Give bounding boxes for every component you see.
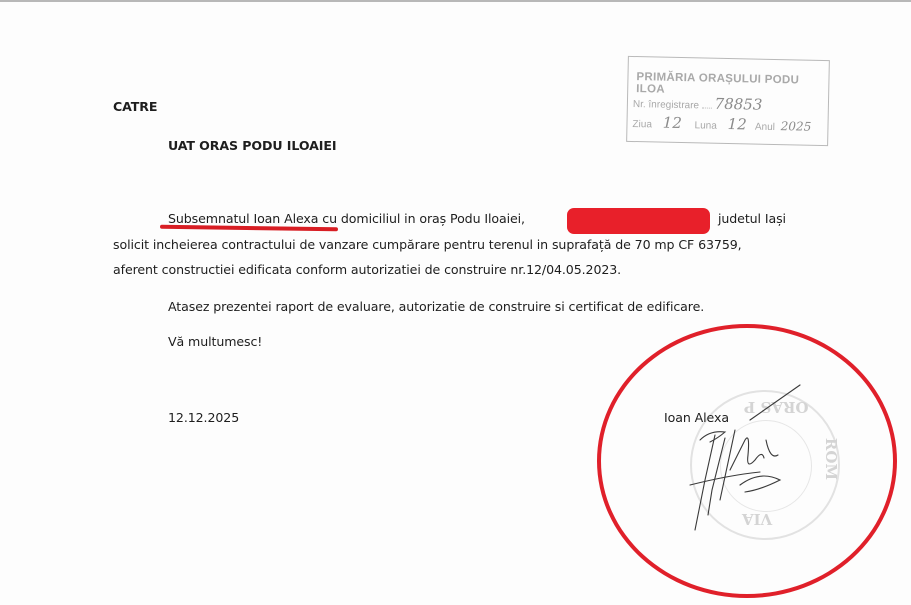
red-circle-annotation xyxy=(597,324,897,598)
attachments-paragraph: Atasez prezentei raport de evaluare, aut… xyxy=(168,299,704,314)
registry-stamp: PRIMĂRIA ORAȘULUI PODU ILOA Nr. înregist… xyxy=(626,56,830,146)
stamp-month-label: Luna xyxy=(694,120,716,131)
closing-line: Vă multumesc! xyxy=(168,334,262,349)
body-line-2: solicit incheierea contractului de vanza… xyxy=(113,237,742,252)
stamp-year: 2025 xyxy=(781,119,812,134)
addressee-label: CATRE xyxy=(113,99,157,114)
stamp-month: 12 xyxy=(727,115,746,133)
document-date: 12.12.2025 xyxy=(168,410,239,425)
stamp-day: 12 xyxy=(663,114,682,132)
stamp-registration-label: Nr. înregistrare xyxy=(633,99,699,111)
stamp-date-row: Ziua 12 Luna 12 Anul 2025 xyxy=(632,113,811,135)
body-line-3: aferent constructiei edificata conform a… xyxy=(113,262,621,277)
redaction-box xyxy=(567,208,710,234)
recipient-heading: UAT ORAS PODU ILOAIEI xyxy=(168,138,336,153)
stamp-year-label: Anul xyxy=(755,122,775,133)
page-top-border xyxy=(0,0,911,2)
body-line-1a: Subsemnatul Ioan Alexa cu domiciliul in … xyxy=(168,211,525,226)
stamp-registration-number: 78853 xyxy=(714,95,762,114)
stamp-day-label: Ziua xyxy=(632,119,652,130)
stamp-registration-row: Nr. înregistrare 78853 xyxy=(633,93,763,114)
body-line-1b: judetul Iași xyxy=(718,211,786,226)
